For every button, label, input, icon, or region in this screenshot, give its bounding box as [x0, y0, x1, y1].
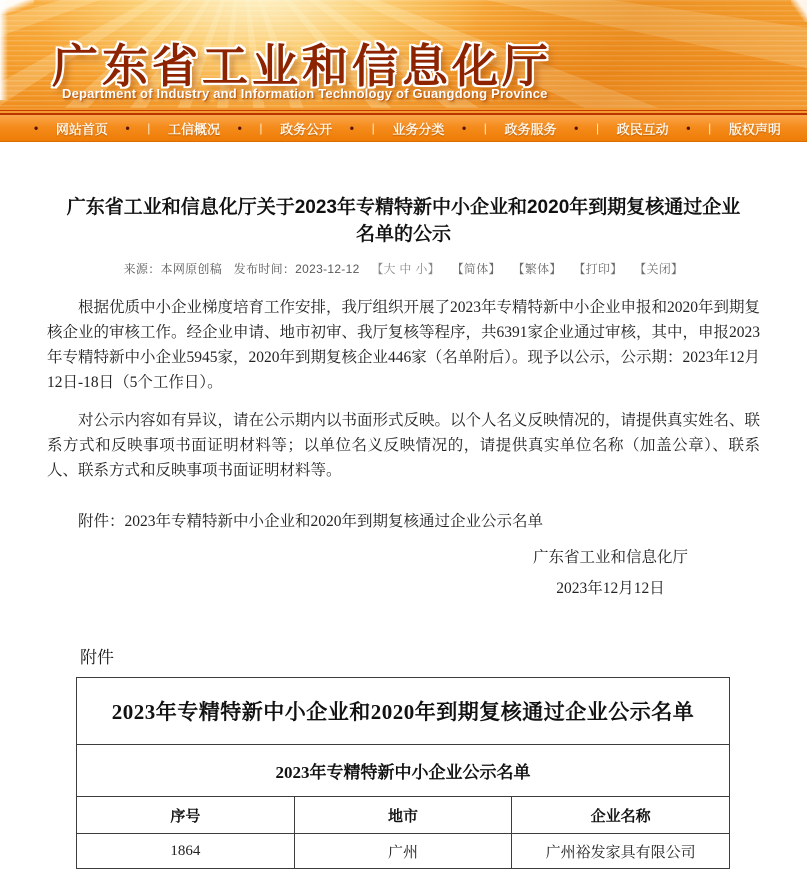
table-title: 2023年专精特新中小企业和2020年到期复核通过企业公示名单 [77, 678, 730, 745]
table-subtitle-row: 2023年专精特新中小企业公示名单 [77, 745, 730, 797]
print-button[interactable]: 【打印】 [573, 262, 622, 276]
close-button[interactable]: 【关闭】 [634, 262, 683, 276]
site-subtitle-english: Department of Industry and Information T… [62, 86, 548, 101]
nav-bullet-icon: • [350, 122, 354, 134]
nav-separator: | [484, 121, 487, 135]
article-title: 广东省工业和信息化厅关于2023年专精特新中小企业和2020年到期复核通过企业名… [47, 194, 760, 248]
nav-item-public-interaction[interactable]: 政民互动 [617, 119, 669, 138]
column-header-city: 地市 [294, 797, 512, 834]
font-size-control[interactable]: 【大 中 小】 [371, 262, 440, 276]
column-header-company: 企业名称 [512, 797, 730, 834]
article-paragraph: 根据优质中小企业梯度培育工作安排，我厅组织开展了2023年专精特新中小企业申报和… [47, 295, 760, 395]
article-meta-bar: 来源：本网原创稿 发布时间：2023-12-12 【大 中 小】 【简体】 【繁… [47, 260, 760, 277]
simplified-chinese-button[interactable]: 【简体】 [452, 262, 501, 276]
attachment-link-line[interactable]: 附件：2023年专精特新中小企业和2020年到期复核通过企业公示名单 [47, 509, 760, 531]
nav-bullet-icon: • [238, 122, 242, 134]
company-roster-table: 2023年专精特新中小企业和2020年到期复核通过企业公示名单 2023年专精特… [76, 677, 730, 869]
nav-separator: | [372, 121, 375, 135]
article-body: 根据优质中小企业梯度培育工作安排，我厅组织开展了2023年专精特新中小企业申报和… [47, 295, 760, 483]
nav-bullet-icon: • [574, 122, 578, 134]
column-header-seq: 序号 [77, 797, 295, 834]
site-banner: 广东省工业和信息化厅 Department of Industry and In… [0, 0, 807, 108]
cell-company: 广州裕发家具有限公司 [512, 834, 730, 869]
banner-corner-decoration-left [0, 0, 8, 100]
nav-item-overview[interactable]: 工信概况 [168, 119, 220, 138]
nav-item-gov-disclosure[interactable]: 政务公开 [280, 119, 332, 138]
main-navigation: • 网站首页 • | 工信概况 • | 政务公开 • | 业务分类 • | 政务… [0, 115, 807, 142]
signature-block: 广东省工业和信息化厅 2023年12月12日 [533, 545, 688, 601]
cell-seq: 1864 [77, 834, 295, 869]
banner-corner-decoration-topright [791, 0, 807, 22]
table-title-row: 2023年专精特新中小企业和2020年到期复核通过企业公示名单 [77, 678, 730, 745]
article-content: 广东省工业和信息化厅关于2023年专精特新中小企业和2020年到期复核通过企业名… [0, 142, 807, 869]
nav-item-business-category[interactable]: 业务分类 [392, 119, 444, 138]
table-row: 1864 广州 广州裕发家具有限公司 [77, 834, 730, 869]
cell-city: 广州 [294, 834, 512, 869]
article-source: 来源：本网原创稿 [124, 262, 222, 276]
signature-organization: 广东省工业和信息化厅 [533, 545, 688, 570]
nav-bullet-icon: • [686, 122, 690, 134]
table-header-row: 序号 地市 企业名称 [77, 797, 730, 834]
banner-divider-lines [0, 108, 807, 115]
nav-separator: | [147, 121, 150, 135]
traditional-chinese-button[interactable]: 【繁体】 [512, 262, 561, 276]
page: 广东省工业和信息化厅 Department of Industry and In… [0, 0, 807, 872]
signature-date: 2023年12月12日 [533, 576, 688, 601]
nav-separator: | [708, 121, 711, 135]
nav-separator: | [596, 121, 599, 135]
nav-lead-bullet-icon: • [34, 122, 38, 134]
article-publish-time: 发布时间：2023-12-12 [234, 262, 360, 276]
nav-item-home[interactable]: 网站首页 [56, 119, 108, 138]
article-paragraph: 对公示内容如有异议，请在公示期内以书面形式反映。以个人名义反映情况的，请提供真实… [47, 408, 760, 483]
nav-item-copyright[interactable]: 版权声明 [729, 119, 781, 138]
attachment-section-label: 附件 [80, 643, 760, 668]
nav-bullet-icon: • [125, 122, 129, 134]
nav-item-gov-services[interactable]: 政务服务 [505, 119, 557, 138]
banner-corner-decoration-topleft [0, 0, 34, 14]
nav-bullet-icon: • [462, 122, 466, 134]
nav-separator: | [259, 121, 262, 135]
table-subtitle: 2023年专精特新中小企业公示名单 [77, 745, 730, 797]
